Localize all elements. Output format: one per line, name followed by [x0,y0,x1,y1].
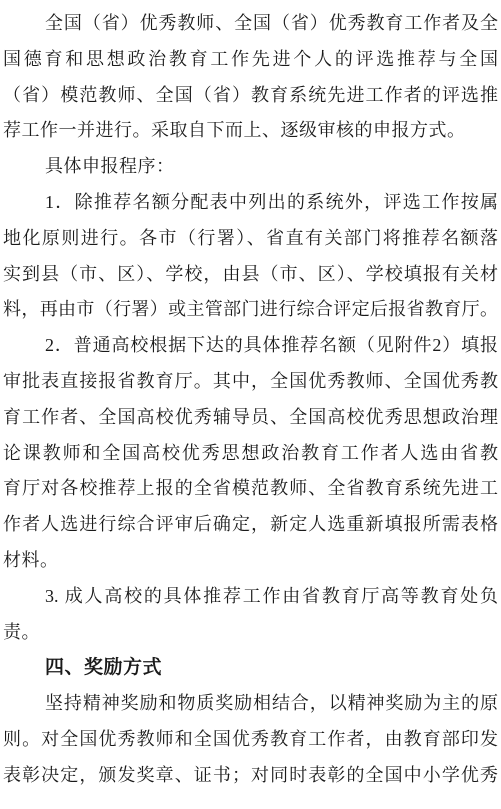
text-line: 全国（省）优秀教师、全国（省）优秀教育工作者及全 [3,6,498,42]
text-line: 育厅对各校推荐上报的全省模范教师、全省教育系统先进工 [3,471,498,507]
text-line: 论课教师和全国高校优秀思想政治教育工作者人选由省教 [3,436,498,472]
text-line: 坚持精神奖励和物质奖励相结合，以精神奖励为主的原 [3,686,498,722]
body-paragraph: 1．除推荐名额分配表中列出的系统外，评选工作按属地化原则进行。各市（行署）、省直… [3,185,498,328]
text-line: 材料。 [3,543,498,579]
text-line: 实到县（市、区）、学校，由县（市、区）、学校填报有关材 [3,257,498,293]
text-line: 3. 成人高校的具体推荐工作由省教育厅高等教育处负 [3,579,498,615]
text-line: 责。 [3,615,498,651]
body-paragraph: 3. 成人高校的具体推荐工作由省教育厅高等教育处负责。 [3,579,498,651]
section-heading: 四、奖励方式 [3,650,498,686]
text-line: 作者人选进行综合评审后确定，新定人选重新填报所需表格 [3,507,498,543]
text-line: 具体申报程序： [3,149,498,185]
text-line: 则。对全国优秀教师和全国优秀教育工作者，由教育部印发 [3,722,498,758]
text-line: 审批表直接报省教育厅。其中，全国优秀教师、全国优秀教 [3,364,498,400]
text-line: 1．除推荐名额分配表中列出的系统外，评选工作按属 [3,185,498,221]
body-paragraph: 全国（省）优秀教师、全国（省）优秀教育工作者及全国德育和思想政治教育工作先进个人… [3,6,498,149]
heading-line: 四、奖励方式 [3,650,498,686]
text-line: （省）模范教师、全国（省）教育系统先进工作者的评选推 [3,78,498,114]
text-line: 地化原则进行。各市（行署）、省直有关部门将推荐名额落 [3,221,498,257]
document-page: 全国（省）优秀教师、全国（省）优秀教育工作者及全国德育和思想政治教育工作先进个人… [0,0,501,809]
text-line: 国德育和思想政治教育工作先进个人的评选推荐与全国 [3,42,498,78]
body-paragraph: 坚持精神奖励和物质奖励相结合，以精神奖励为主的原则。对全国优秀教师和全国优秀教育… [3,686,498,793]
text-line: 料，再由市（行署）或主管部门进行综合评定后报省教育厅。 [3,292,498,328]
body-paragraph: 具体申报程序： [3,149,498,185]
text-line: 2．普通高校根据下达的具体推荐名额（见附件2）填报 [3,328,498,364]
text-line: 育工作者、全国高校优秀辅导员、全国高校优秀思想政治理 [3,400,498,436]
text-line: 表彰决定，颁发奖章、证书；对同时表彰的全国中小学优秀 [3,758,498,794]
text-line: 荐工作一并进行。采取自下而上、逐级审核的申报方式。 [3,113,498,149]
body-paragraph: 2．普通高校根据下达的具体推荐名额（见附件2）填报审批表直接报省教育厅。其中，全… [3,328,498,579]
